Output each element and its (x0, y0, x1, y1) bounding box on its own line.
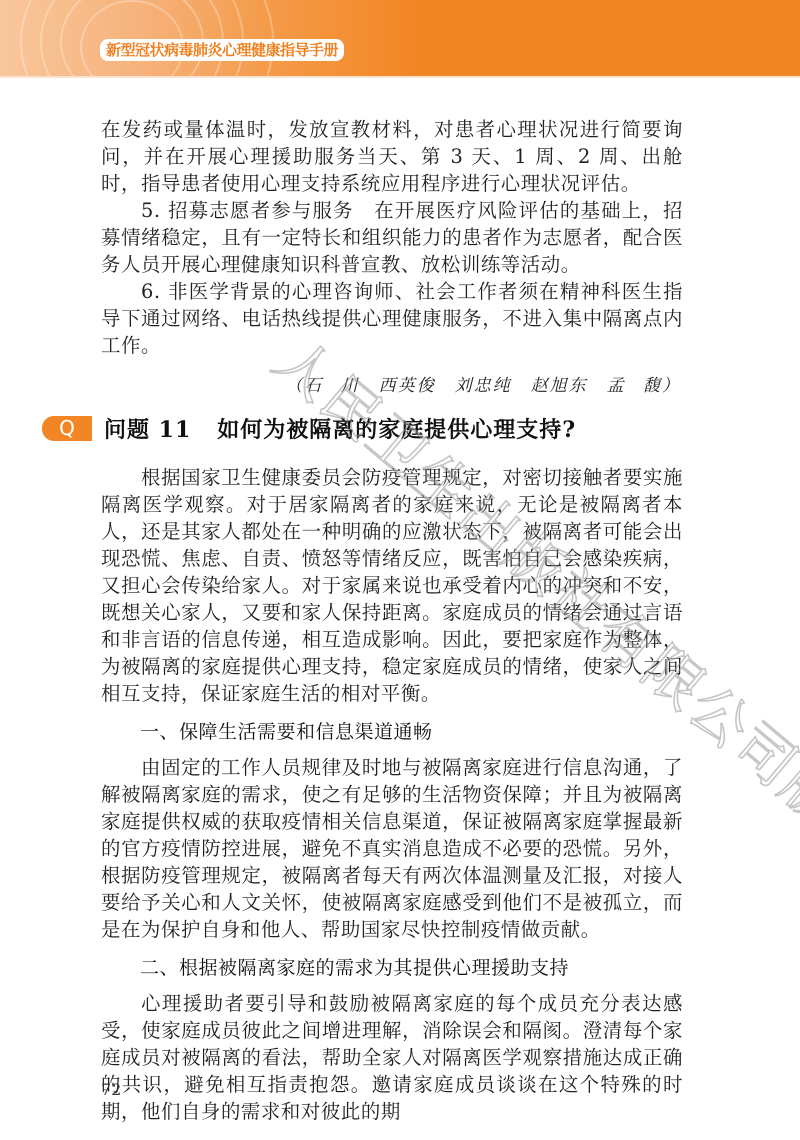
intro-paragraph: 根据国家卫生健康委员会防疫管理规定，对密切接触者要实施隔离医学观察。对于居家隔离… (101, 464, 683, 707)
list-item-5: 5. 招募志愿者参与服务 在开展医疗风险评估的基础上，招募情绪稳定，且有一定特长… (101, 197, 683, 278)
subsection-paragraph-1: 由固定的工作人员规律及时地与被隔离家庭进行信息沟通，了解被隔离家庭的需求，使之有… (101, 754, 683, 943)
question-heading: Q 问题 11如何为被隔离的家庭提供心理支持? (42, 412, 576, 444)
author-attribution: （石 川 西英俊 刘忠纯 赵旭东 孟 馥） (101, 373, 683, 400)
subsection-paragraph-2: 心理援助者要引导和鼓励被隔离家庭的每个成员充分表达感受，使家庭成员彼此之间增进理… (101, 990, 683, 1125)
book-title-pill: 新型冠状病毒肺炎心理健康指导手册 (100, 39, 344, 61)
page-body-section: 根据国家卫生健康委员会防疫管理规定，对密切接触者要实施隔离医学观察。对于居家隔离… (101, 464, 683, 1125)
list-item-6: 6. 非医学背景的心理咨询师、社会工作者须在精神科医生指导下通过网络、电话热线提… (101, 278, 683, 359)
page-body-top: 在发药或量体温时，发放宣教材料，对患者心理状况进行简要询问，并在开展心理援助服务… (101, 116, 683, 400)
question-number: 问题 11 (104, 417, 191, 443)
subsection-heading-1: 一、保障生活需要和信息渠道通畅 (101, 718, 683, 746)
page-number: 72 (101, 1080, 121, 1099)
question-title: 问题 11如何为被隔离的家庭提供心理支持? (104, 413, 576, 444)
q-badge-icon: Q (42, 416, 92, 441)
header-divider (0, 76, 800, 78)
continuation-paragraph: 在发药或量体温时，发放宣教材料，对患者心理状况进行简要询问，并在开展心理援助服务… (101, 116, 683, 197)
subsection-heading-2: 二、根据被隔离家庭的需求为其提供心理援助支持 (101, 954, 683, 982)
header-banner: 新型冠状病毒肺炎心理健康指导手册 (0, 0, 800, 76)
question-text: 如何为被隔离的家庭提供心理支持? (217, 417, 576, 443)
